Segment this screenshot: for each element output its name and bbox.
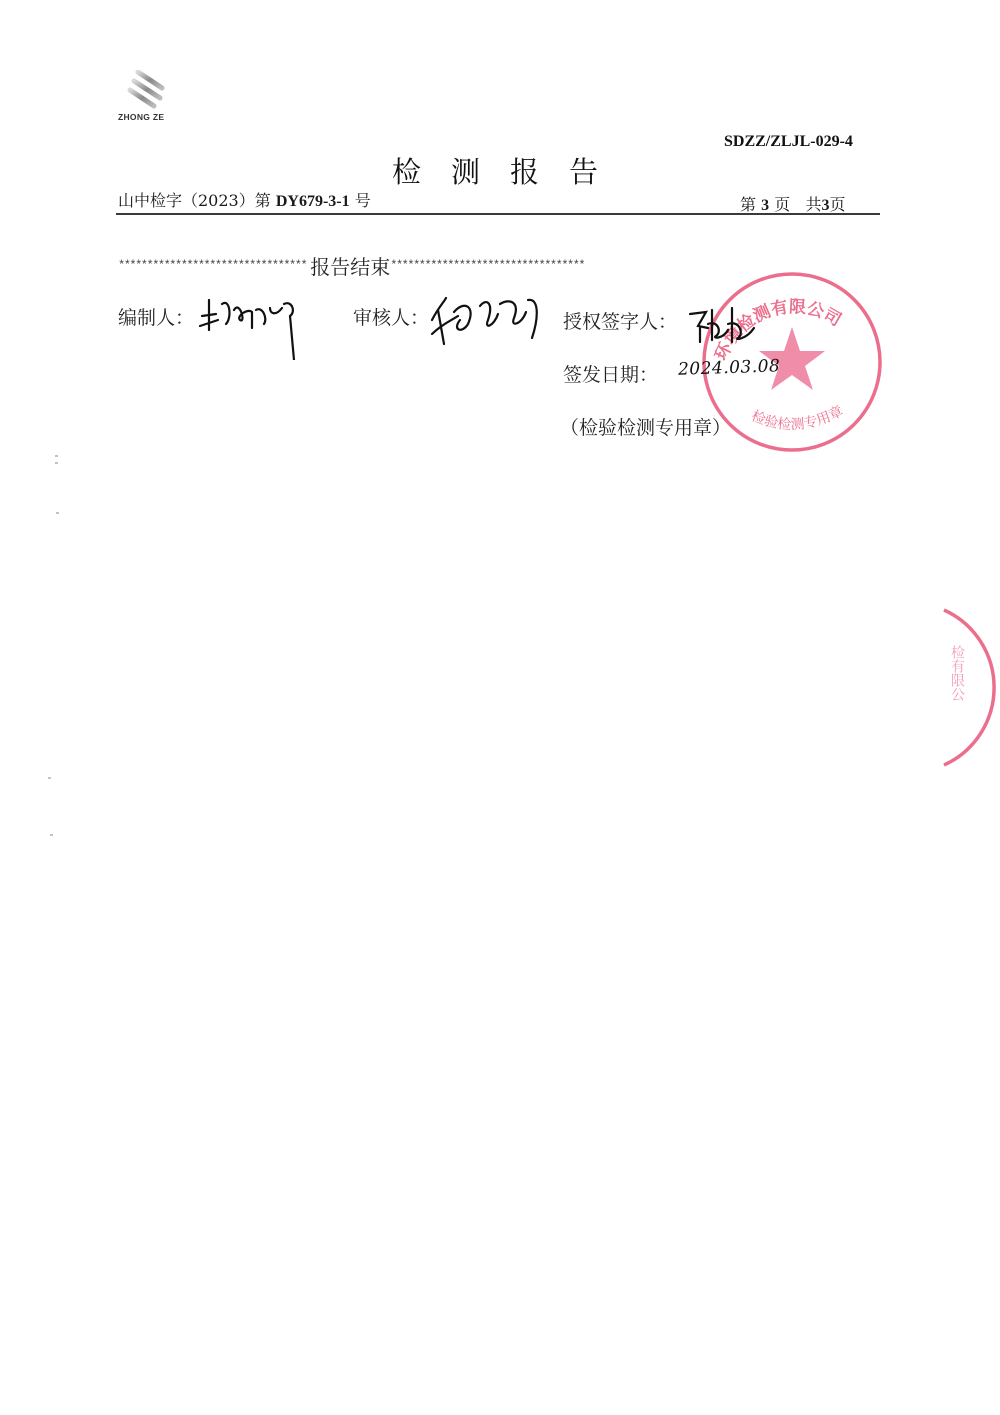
issue-date-label: 签发日期： [563, 360, 658, 387]
page-prefix: 第 [740, 195, 756, 214]
compiler-signature: 韩卿卿 [196, 290, 306, 360]
report-number-code: DY679-3-1 [276, 193, 350, 210]
authorized-signatory-signature: 王茹茹 [688, 306, 768, 346]
scan-speck [56, 512, 59, 514]
logo-stripes-icon [126, 70, 170, 110]
compiler-label: 编制人： [118, 303, 194, 330]
stars-left: ********************************* [118, 259, 306, 273]
reviewer-signature: 孙彤明 [428, 290, 546, 350]
total-pages: 3 [822, 197, 830, 214]
total-prefix: 共 [805, 195, 821, 214]
report-number-prefix: 山中检字（2023）第 [118, 191, 271, 210]
header-divider [116, 213, 880, 215]
page-title: 检测报告 [392, 150, 628, 191]
seal-caption: （检验检测专用章） [560, 413, 731, 440]
edge-seal-partial: 检有限公 [935, 605, 1000, 770]
current-page: 3 [761, 197, 769, 214]
report-number-suffix: 号 [355, 191, 371, 210]
scan-speck [48, 777, 51, 779]
stars-right: ********************************** [390, 259, 584, 273]
seal-inner-text: 检验检测专用章 [749, 402, 846, 433]
seal-edge-text: 检有限公 [949, 644, 965, 702]
report-end-marker: ********************************* 报告结束**… [118, 251, 880, 279]
report-number: 山中检字（2023）第 DY679-3-1 号 [118, 188, 371, 211]
company-logo: ZHONG ZE [118, 70, 178, 126]
total-unit: 页 [830, 195, 846, 214]
document-code: SDZZ/ZLJL-029-4 [724, 133, 853, 151]
scan-speck [55, 462, 58, 464]
issue-date-value: 2024.03.08 [678, 356, 781, 380]
reviewer-label: 审核人： [353, 303, 429, 330]
logo-text: ZHONG ZE [118, 112, 178, 122]
scan-speck [55, 455, 58, 457]
page-indicator: 第 3 页 共3页 [740, 192, 846, 215]
page-unit: 页 [774, 195, 790, 214]
authorized-signatory-label: 授权签字人： [563, 307, 677, 334]
scan-speck [50, 834, 53, 836]
report-end-label: 报告结束 [310, 255, 390, 279]
